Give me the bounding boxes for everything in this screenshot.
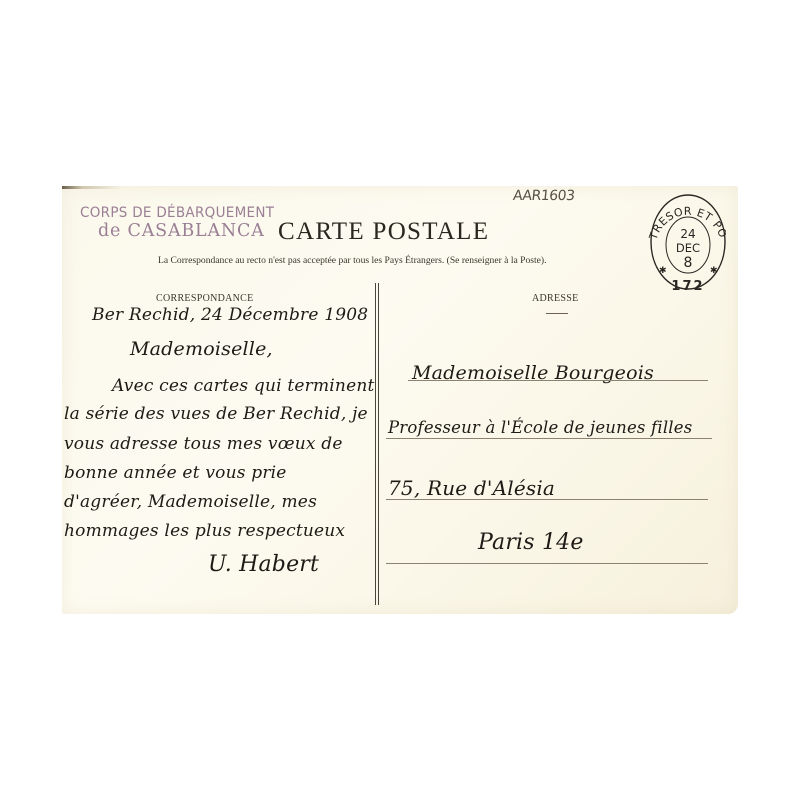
address-line: 75, Rue d'Alésia (388, 476, 555, 500)
center-divider (375, 283, 379, 605)
message-line: Avec ces cartes qui terminent (112, 376, 375, 396)
postmark-year: 8 (684, 255, 693, 271)
address-rule (386, 499, 708, 500)
svg-text:✱: ✱ (710, 265, 718, 275)
message-line: Ber Rechid, 24 Décembre 1908 (92, 305, 368, 325)
message-line: d'agréer, Mademoiselle, mes (64, 492, 317, 512)
address-rule (386, 438, 712, 439)
message-line: Mademoiselle, (130, 338, 273, 360)
postcard-back (62, 186, 738, 614)
postmark: TRESOR ET POSTES 24 DEC 8 ✱ ✱ 172 (644, 190, 726, 294)
message-line: hommages les plus respectueux (64, 521, 345, 541)
cachet-line-2: de CASABLANCA (98, 221, 274, 241)
address-label: ADRESSE (532, 293, 579, 304)
reference-note: AAR1603 (512, 188, 575, 204)
signature: U. Habert (208, 552, 319, 577)
address-label-rule (546, 313, 568, 314)
card-title: CARTE POSTALE (278, 218, 489, 246)
cachet-line-1: CORPS DE DÉBARQUEMENT (80, 205, 274, 222)
postmark-day: 24 (680, 227, 695, 241)
correspondence-label: CORRESPONDANCE (156, 293, 254, 304)
postmark-circle-icon: TRESOR ET POSTES 24 DEC 8 ✱ ✱ 172 (644, 190, 726, 294)
card-subtitle: La Correspondance au recto n'est pas acc… (158, 255, 547, 266)
address-line: Professeur à l'École de jeunes filles (388, 418, 692, 437)
address-rule (408, 380, 708, 381)
military-cachet: CORPS DE DÉBARQUEMENT de CASABLANCA (80, 205, 274, 241)
message-line: bonne année et vous prie (64, 463, 287, 483)
postmark-month: DEC (676, 241, 700, 255)
message-line: vous adresse tous mes vœux de (64, 434, 343, 454)
message-line: la série des vues de Ber Rechid, je (64, 404, 368, 424)
address-line: Paris 14e (478, 530, 584, 555)
svg-text:✱: ✱ (659, 265, 667, 275)
address-rule (386, 563, 708, 564)
postmark-number: 172 (671, 279, 704, 294)
